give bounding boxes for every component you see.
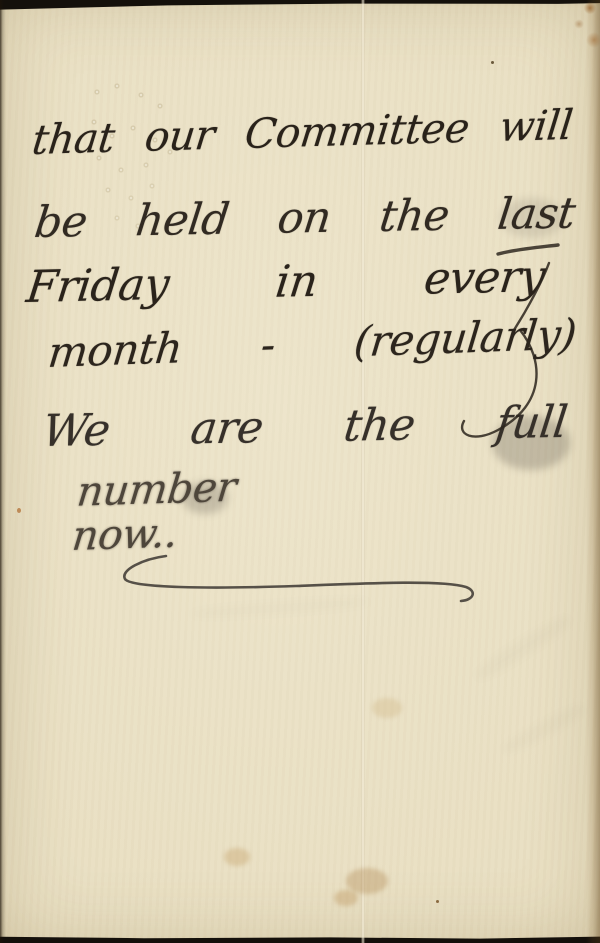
paper-speck [17, 508, 21, 513]
paper-edge-left [0, 0, 6, 943]
letter-page: that our Committee will be held on the l… [0, 0, 600, 943]
foxing-stain-top-right [566, 0, 600, 70]
handwritten-line-5: We are the full [40, 399, 570, 456]
paper-speck [491, 61, 494, 64]
paper-stain [224, 848, 250, 866]
handwritten-line-2: be held on the last [32, 190, 578, 246]
handwritten-line-6: number now.. [70, 461, 348, 558]
flourish-stroke [124, 556, 472, 601]
show-through-mark [500, 701, 588, 757]
paper-speck [436, 900, 439, 903]
scan-border-top [0, 0, 600, 12]
paper-stain [372, 698, 402, 718]
show-through-mark [472, 612, 574, 684]
paper-edge-right [586, 0, 600, 943]
paper-stain [334, 890, 358, 906]
show-through-mark [190, 596, 370, 621]
scan-border-bottom [0, 933, 600, 943]
handwritten-line-4: month - (regularly) [46, 311, 578, 375]
handwritten-line-3: Friday in every [24, 253, 548, 311]
paper-stain [346, 868, 388, 894]
